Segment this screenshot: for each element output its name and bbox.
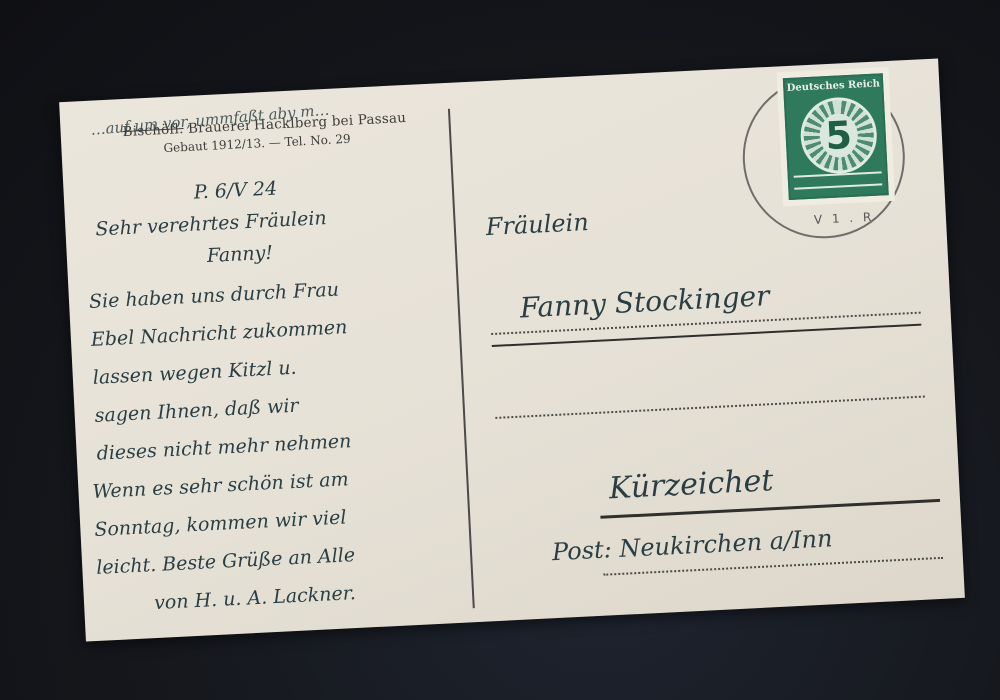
- address-place: Kürzeichet: [608, 463, 774, 506]
- message-line: Sehr verehrtes Fräulein: [95, 207, 327, 240]
- address-dotted-line-2: [495, 396, 925, 419]
- card-divider-line: [448, 109, 474, 608]
- message-date: P. 6/V 24: [193, 177, 277, 203]
- postage-stamp: Deutsches Reich 5: [777, 67, 896, 206]
- message-line: Sonntag, kommen wir viel: [94, 506, 347, 541]
- message-line: dieses nicht mehr nehmen: [96, 430, 352, 465]
- message-line: Wenn es sehr schön ist am: [92, 468, 349, 503]
- message-signature: von H. u. A. Lackner.: [154, 582, 357, 614]
- stamp-body: Deutsches Reich 5: [783, 73, 889, 200]
- stamp-value-wrap: 5: [799, 96, 879, 176]
- stamp-base-lines: [794, 171, 883, 189]
- address-post-office: Post: Neukirchen a/Inn: [551, 524, 833, 566]
- stamp-country: Deutsches Reich: [785, 78, 881, 94]
- address-name: Fanny Stockinger: [519, 279, 770, 324]
- message-line: leicht. Beste Grüße an Alle: [96, 544, 356, 579]
- postmark-text: V 1 . R: [814, 210, 875, 227]
- stamp-value: 5: [818, 113, 859, 159]
- message-line: Fanny!: [206, 242, 273, 267]
- postcard: Bischöfl. Brauerei Hacklberg bei Passau …: [59, 58, 965, 641]
- message-line: Sie haben uns durch Frau: [89, 279, 340, 313]
- address-salutation: Fräulein: [485, 208, 589, 241]
- message-line: Ebel Nachricht zukommen: [90, 316, 347, 351]
- message-line: sagen Ihnen, daß wir: [94, 395, 299, 427]
- address-solid-line-1: [492, 324, 922, 347]
- message-line: lassen wegen Kitzl u.: [92, 357, 297, 389]
